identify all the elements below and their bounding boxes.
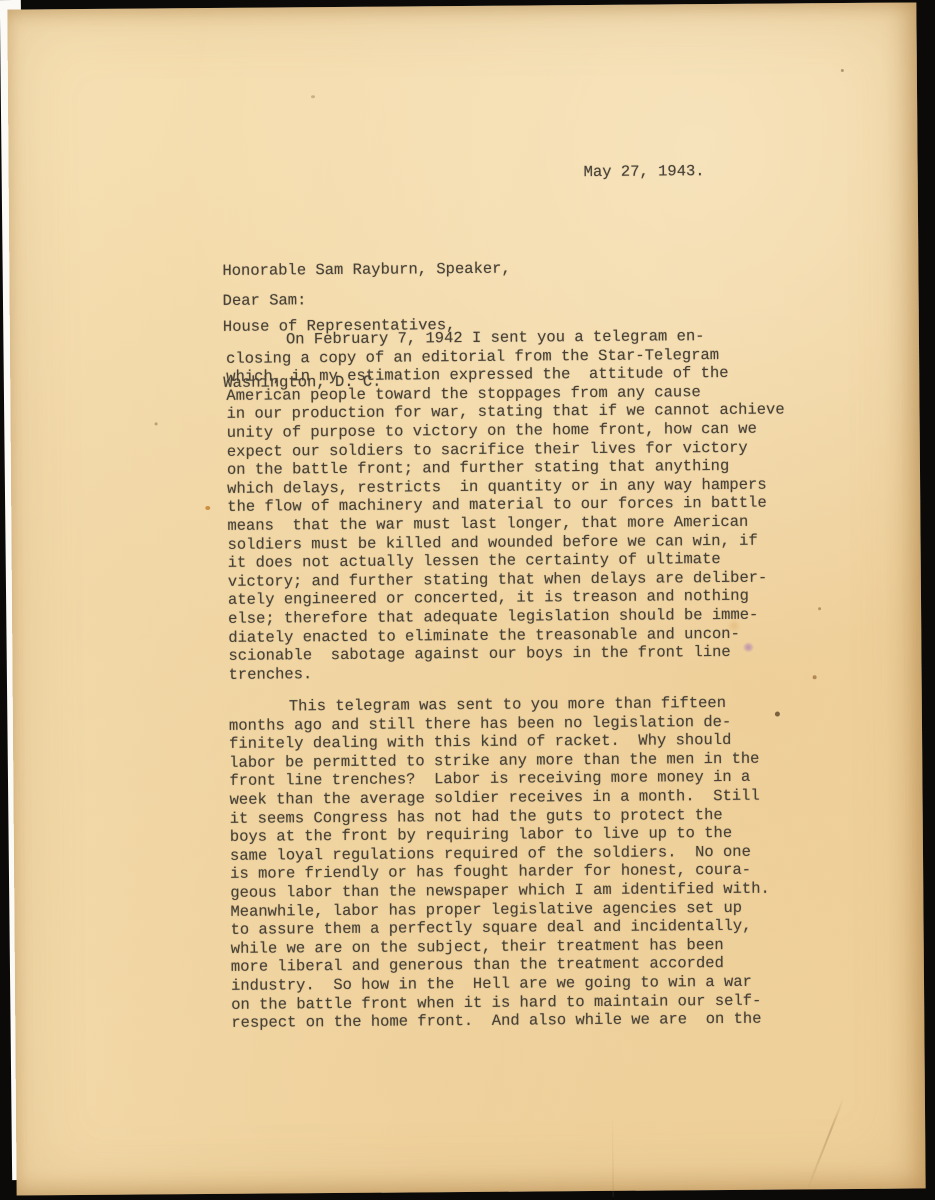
scratch-mark — [806, 1098, 844, 1190]
paper-speck — [841, 69, 844, 72]
crease-line — [612, 1113, 614, 1197]
purple-ink-blot — [743, 643, 753, 652]
paper-speck-brown — [813, 675, 817, 679]
paper-stain — [726, 620, 742, 632]
paper-speck — [818, 607, 821, 610]
paper-speck-dark — [775, 712, 780, 717]
paper-speck — [311, 95, 315, 98]
paper-speck — [155, 422, 158, 425]
recipient-line-1: Honorable Sam Rayburn, Speaker, — [222, 260, 510, 281]
letter-paper: May 27, 1943. Honorable Sam Rayburn, Spe… — [7, 2, 925, 1195]
paper-speck-orange — [205, 506, 210, 510]
letter-date: May 27, 1943. — [584, 162, 705, 182]
salutation-line: Dear Sam: — [223, 291, 307, 310]
body-paragraph-2: This telegram was sent to you more than … — [229, 693, 822, 1032]
